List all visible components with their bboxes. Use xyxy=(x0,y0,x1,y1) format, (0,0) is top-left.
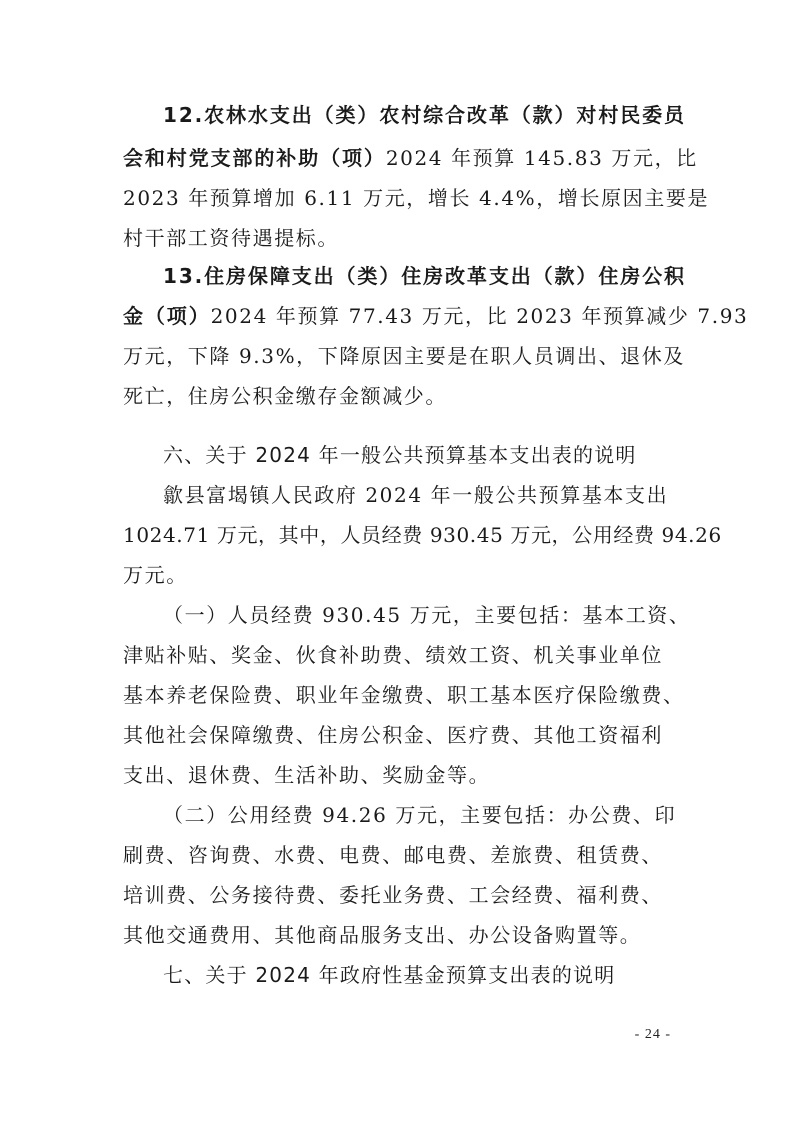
item-12-line-2: 会和村党支部的补助（项）2024 年预算 145.83 万元，比 xyxy=(123,144,698,172)
public-expense-line-3: 培训费、公务接待费、委托业务费、工会经费、福利费、 xyxy=(123,881,663,909)
item-12-line-3: 2023 年预算增加 6.11 万元，增长 4.4%，增长原因主要是 xyxy=(123,184,709,212)
section-7-heading: 七、关于 2024 年政府性基金预算支出表的说明 xyxy=(163,961,615,989)
item-12-line-4: 村干部工资待遇提标。 xyxy=(123,224,339,252)
public-expense-line-4: 其他交通费用、其他商品服务支出、办公设备购置等。 xyxy=(123,921,641,949)
section-6-heading: 六、关于 2024 年一般公共预算基本支出表的说明 xyxy=(163,441,637,469)
item-13-title-line: 13.住房保障支出（类）住房改革支出（款）住房公积 xyxy=(163,262,686,290)
public-expense-line-1: （二）公用经费 94.26 万元，主要包括：办公费、印 xyxy=(163,801,676,829)
section-6-summary-line-1: 歙县富堨镇人民政府 2024 年一般公共预算基本支出 xyxy=(163,481,668,509)
personnel-expense-line-4: 其他社会保障缴费、住房公积金、医疗费、其他工资福利 xyxy=(123,721,663,749)
item-13-line-3: 万元，下降 9.3%，下降原因主要是在职人员调出、退休及 xyxy=(123,342,685,370)
personnel-expense-line-3: 基本养老保险费、职业年金缴费、职工基本医疗保险缴费、 xyxy=(123,681,685,709)
item-12-title-continuation: 会和村党支部的补助（项） xyxy=(123,146,386,170)
item-12-title-line: 12.农林水支出（类）农村综合改革（款）对村民委员 xyxy=(163,101,686,129)
item-13-amount-text: 2024 年预算 77.43 万元，比 2023 年预算减少 7.93 xyxy=(211,304,749,328)
item-12-amount-text: 2024 年预算 145.83 万元，比 xyxy=(386,146,698,170)
public-expense-line-2: 刷费、咨询费、水费、电费、邮电费、差旅费、租赁费、 xyxy=(123,841,663,869)
item-13-line-2: 金（项）2024 年预算 77.43 万元，比 2023 年预算减少 7.93 xyxy=(123,302,748,330)
personnel-expense-line-5: 支出、退休费、生活补助、奖励金等。 xyxy=(123,761,490,789)
item-13-title-continuation: 金（项） xyxy=(123,304,211,328)
item-13-line-4: 死亡，住房公积金缴存金额减少。 xyxy=(123,382,447,410)
personnel-expense-line-1: （一）人员经费 930.45 万元，主要包括：基本工资、 xyxy=(163,601,691,629)
section-6-summary-line-2: 1024.71 万元，其中，人员经费 930.45 万元，公用经费 94.26 xyxy=(123,521,722,549)
page-number: - 24 - xyxy=(635,1027,671,1043)
personnel-expense-line-2: 津贴补贴、奖金、伙食补助费、绩效工资、机关事业单位 xyxy=(123,641,663,669)
section-6-summary-line-3: 万元。 xyxy=(123,561,188,589)
